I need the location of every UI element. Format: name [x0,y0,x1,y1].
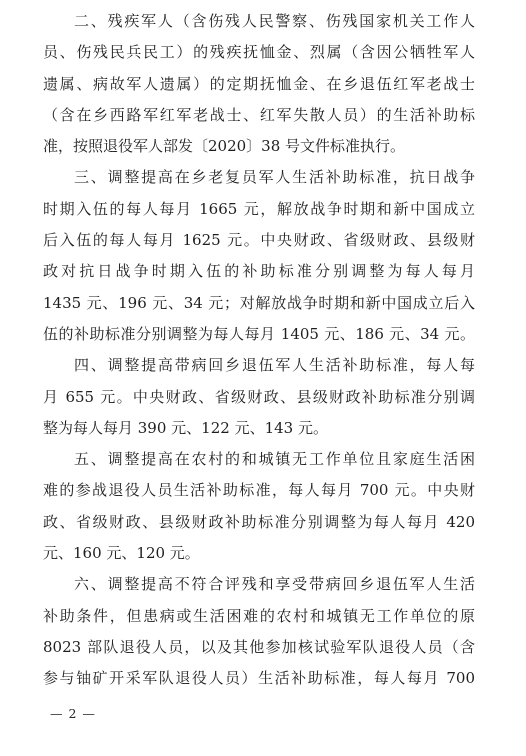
text-line-section-6-nuclear-test-veterans-3: 8023 部队退役人员，以及其他参加核试验军队退役人员（含 [43,632,475,663]
text-line-section-3-rural-veterans-4: 政对抗日战争时期入伍的补助标准分别调整为每人每月 [43,256,475,287]
text-line-section-2-disabled-servicemen-5: 准，按照退役军人部发〔2020〕38 号文件标准执行。 [43,131,475,162]
text-line-section-3-rural-veterans-2: 时期入伍的每人每月 1665 元，解放战争时期和新中国成立 [43,194,475,225]
text-line-section-6-nuclear-test-veterans-2: 补助条件，但患病或生活困难的农村和城镇无工作单位的原 [43,601,475,632]
text-line-section-2-disabled-servicemen-3: 遗属、病故军人遗属）的定期抚恤金、在乡退伍红军老战士 [43,69,475,100]
page-number: — 2 — [50,706,96,721]
text-line-section-6-nuclear-test-veterans-4: 参与铀矿开采军队退役人员）生活补助标准，每人每月 700 [43,663,475,694]
text-line-section-4-ill-returned-veterans-1: 四、调整提高带病回乡退伍军人生活补助标准，每人每 [43,350,475,381]
text-line-section-3-rural-veterans-6: 伍的补助标准分别调整为每人每月 1405 元、186 元、34 元。 [43,319,475,350]
text-line-section-5-war-participant-veterans-4: 元、160 元、120 元。 [43,538,475,569]
text-line-section-3-rural-veterans-3: 后入伍的每人每月 1625 元。中央财政、省级财政、县级财 [43,225,475,256]
text-line-section-4-ill-returned-veterans-3: 整为每人每月 390 元、122 元、143 元。 [43,413,475,444]
document-page: 二、残疾军人（含伤残人民警察、伤残国家机关工作人员、伤残民兵民工）的残疾抚恤金、… [0,0,526,756]
text-line-section-5-war-participant-veterans-1: 五、调整提高在农村的和城镇无工作单位且家庭生活困 [43,444,475,475]
text-line-section-3-rural-veterans-5: 1435 元、196 元、34 元；对解放战争时期和新中国成立后入 [43,288,475,319]
text-line-section-5-war-participant-veterans-3: 政、省级财政、县级财政补助标准分别调整为每人每月 420 [43,507,475,538]
text-line-section-2-disabled-servicemen-2: 员、伤残民兵民工）的残疾抚恤金、烈属（含因公牺牲军人 [43,37,475,68]
text-line-section-2-disabled-servicemen-4: （含在乡西路军红军老战士、红军失散人员）的生活补助标 [43,100,475,131]
text-line-section-2-disabled-servicemen-1: 二、残疾军人（含伤残人民警察、伤残国家机关工作人 [43,6,475,37]
document-body: 二、残疾军人（含伤残人民警察、伤残国家机关工作人员、伤残民兵民工）的残疾抚恤金、… [43,6,475,695]
text-line-section-4-ill-returned-veterans-2: 月 655 元。中央财政、省级财政、县级财政补助标准分别调 [43,382,475,413]
text-line-section-3-rural-veterans-1: 三、调整提高在乡老复员军人生活补助标准，抗日战争 [43,162,475,193]
text-line-section-6-nuclear-test-veterans-1: 六、调整提高不符合评残和享受带病回乡退伍军人生活 [43,569,475,600]
text-line-section-5-war-participant-veterans-2: 难的参战退役人员生活补助标准，每人每月 700 元。中央财 [43,475,475,506]
